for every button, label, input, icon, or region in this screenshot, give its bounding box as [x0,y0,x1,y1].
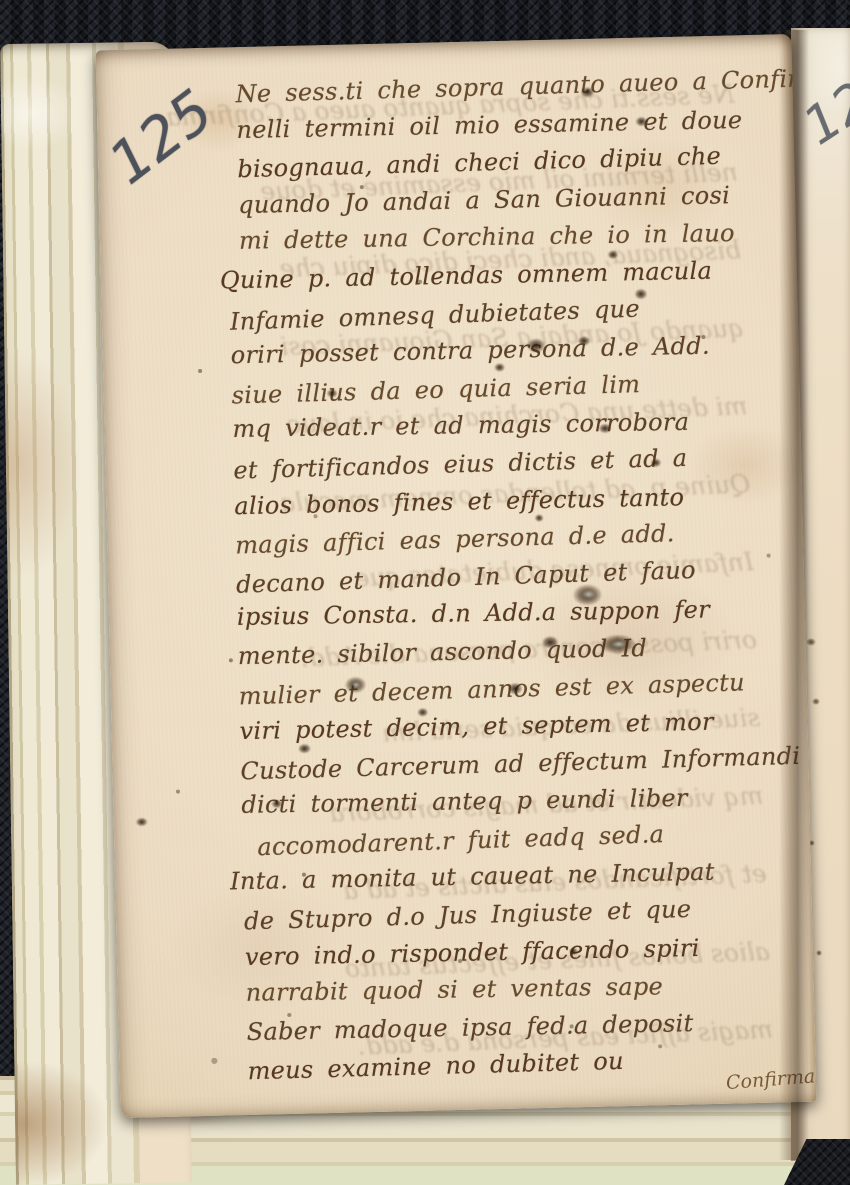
manuscript-scan: 12 Ne sess.ti che sopra quanto aueo a Co… [0,0,850,1185]
ink-blot [136,817,148,826]
facing-page-number: 12 [793,71,850,157]
ink-spot [812,698,820,705]
foxing-specks [96,50,98,52]
manuscript-text: Ne sess.ti che sopra quanto aueo a Confi… [224,62,816,1090]
ink-spot [806,638,816,646]
pencil-folio-number: 125 [96,76,225,197]
manuscript-page: Ne sess.ti che sopra quanto aueo a Confi… [96,34,817,1118]
ink-spot [816,950,822,956]
